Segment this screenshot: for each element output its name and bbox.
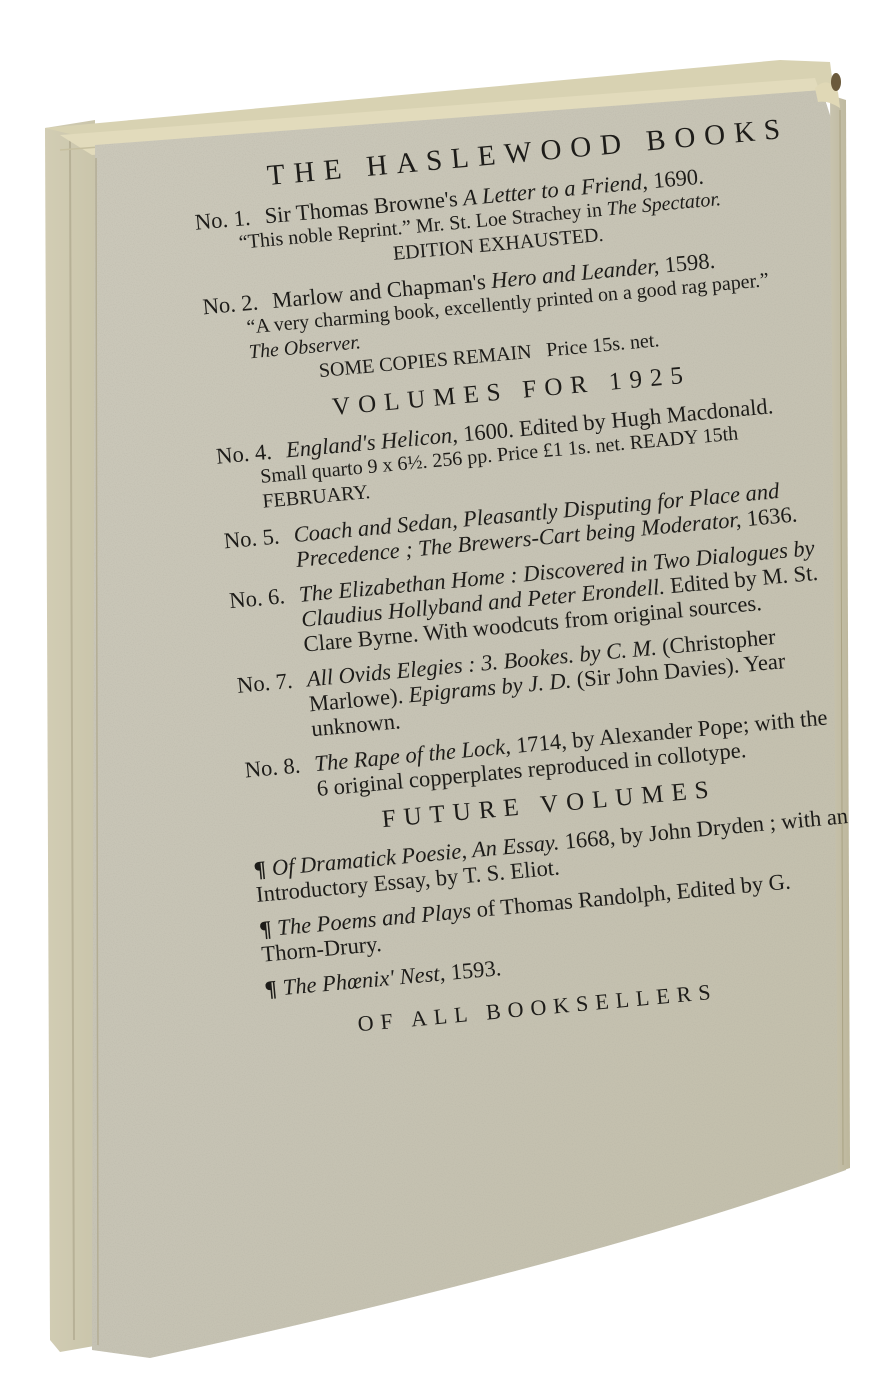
spine xyxy=(45,120,100,1352)
entry-number: No. 8. xyxy=(244,751,316,782)
cover-text-block: THE HASLEWOOD BOOKS No. 1.Sir Thomas Bro… xyxy=(190,114,867,1045)
pilcrow-icon: ¶ xyxy=(253,856,267,882)
entry-number: No. 7. xyxy=(236,667,308,698)
entry-number: No. 6. xyxy=(228,582,300,613)
pilcrow-icon: ¶ xyxy=(264,976,278,1002)
pilcrow-icon: ¶ xyxy=(258,916,272,942)
book-title: The Phœnix' Nest, xyxy=(282,960,447,1000)
entry-number: No. 5. xyxy=(223,522,295,553)
photo-stage: THE HASLEWOOD BOOKS No. 1.Sir Thomas Bro… xyxy=(0,0,895,1400)
